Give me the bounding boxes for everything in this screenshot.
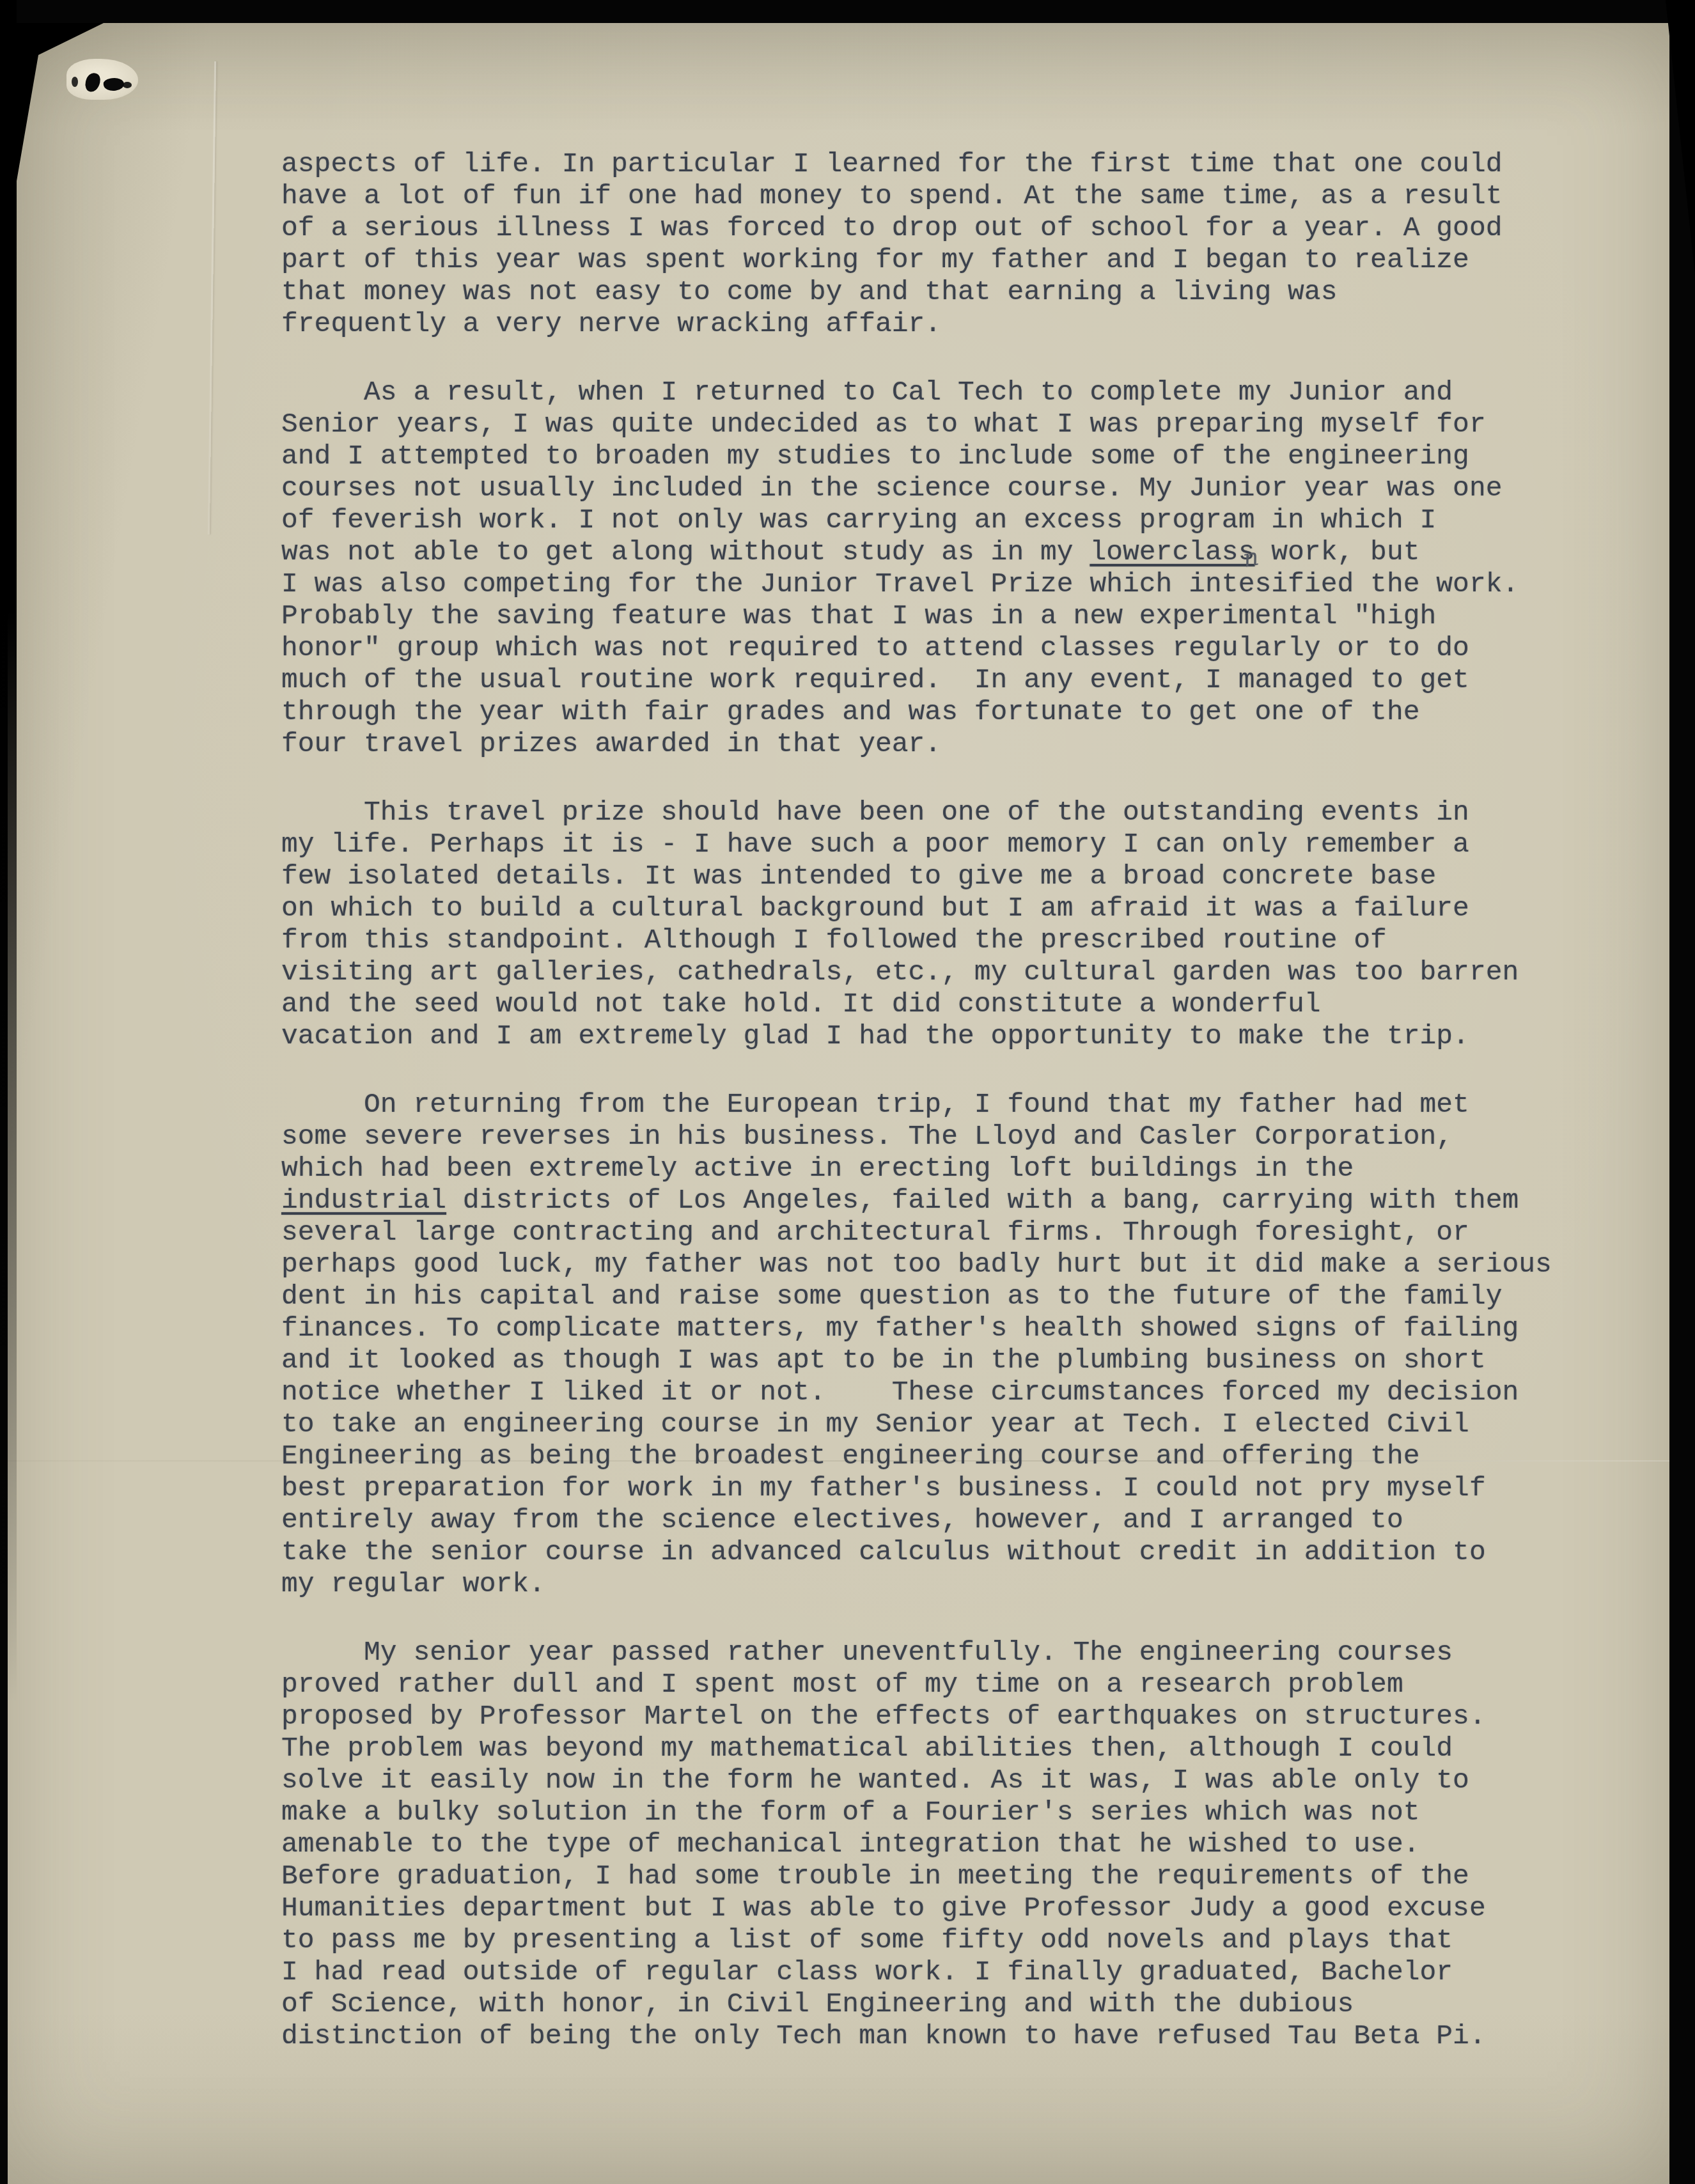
paragraph: My senior year passed rather uneventfull… bbox=[281, 1637, 1637, 2052]
typed-line: and I attempted to broaden my studies to… bbox=[281, 441, 1637, 472]
typed-line: of Science, with honor, in Civil Enginee… bbox=[281, 1988, 1637, 2020]
typed-line: vacation and I am extremely glad I had t… bbox=[281, 1020, 1637, 1052]
typed-text-segment: I was also competing for the Junior Trav… bbox=[281, 568, 1254, 600]
typed-text-segment: amenable to the type of mechanical integ… bbox=[281, 1829, 1420, 1860]
typed-line: I was also competing for the Junior Trav… bbox=[281, 568, 1637, 600]
typed-text-segment: On returning from the European trip, I f… bbox=[281, 1089, 1469, 1120]
typed-text-segment: Before graduation, I had some trouble in… bbox=[281, 1860, 1469, 1892]
typed-line: part of this year was spent working for … bbox=[281, 244, 1637, 276]
typed-text-segment: Humanities department but I was able to … bbox=[281, 1892, 1486, 1924]
staple-hole bbox=[84, 72, 102, 93]
staple-hole bbox=[123, 82, 132, 88]
typed-text-segment: perhaps good luck, my father was not too… bbox=[281, 1249, 1552, 1280]
typed-line: As a result, when I returned to Cal Tech… bbox=[281, 377, 1637, 409]
typed-text-segment: work, but bbox=[1254, 536, 1419, 568]
scan-edge-left bbox=[0, 0, 17, 2184]
typed-line: On returning from the European trip, I f… bbox=[281, 1089, 1637, 1121]
typed-text-segment: several large contracting and architectu… bbox=[281, 1217, 1469, 1248]
typed-text-segment: Engineering as being the broadest engine… bbox=[281, 1440, 1420, 1472]
staple-tear-mark bbox=[66, 59, 138, 100]
typed-text-segment: my regular work. bbox=[281, 1568, 545, 1600]
typed-line: take the senior course in advanced calcu… bbox=[281, 1536, 1637, 1568]
paragraph: On returning from the European trip, I f… bbox=[281, 1089, 1637, 1600]
typed-line: was not able to get along without study … bbox=[281, 536, 1637, 568]
typed-text-segment: to take an engineering course in my Seni… bbox=[281, 1408, 1469, 1440]
typed-line: my regular work. bbox=[281, 1568, 1637, 1600]
typed-line: amenable to the type of mechanical integ… bbox=[281, 1829, 1637, 1860]
typed-line: to take an engineering course in my Seni… bbox=[281, 1408, 1637, 1440]
typed-text-segment: and it looked as though I was apt to be … bbox=[281, 1345, 1486, 1376]
typed-line: notice whether I liked it or not. These … bbox=[281, 1377, 1637, 1408]
typed-text-segment: on which to build a cultural background … bbox=[281, 893, 1469, 924]
typed-text-segment: Senior years, I was quite undecided as t… bbox=[281, 409, 1486, 440]
typed-line: frequently a very nerve wracking affair. bbox=[281, 308, 1637, 340]
typed-text-segment: proved rather dull and I spent most of m… bbox=[281, 1669, 1403, 1700]
typed-text-segment: that money was not easy to come by and t… bbox=[281, 276, 1337, 308]
typed-line: entirely away from the science electives… bbox=[281, 1504, 1637, 1536]
typed-text-segment: districts of Los Angeles, failed with a … bbox=[446, 1185, 1519, 1216]
typed-line: I had read outside of regular class work… bbox=[281, 1956, 1637, 1988]
typed-text-segment: which had been extremely active in erect… bbox=[281, 1153, 1354, 1184]
typed-line: dent in his capital and raise some quest… bbox=[281, 1281, 1637, 1313]
typed-text-segment: visiting art galleries, cathedrals, etc.… bbox=[281, 956, 1519, 988]
typed-line: on which to build a cultural background … bbox=[281, 893, 1637, 924]
typed-text-segment: dent in his capital and raise some quest… bbox=[281, 1281, 1503, 1312]
typed-line: to pass me by presenting a list of some … bbox=[281, 1924, 1637, 1956]
typed-line: proposed by Professor Martel on the effe… bbox=[281, 1701, 1637, 1733]
typed-line: The problem was beyond my mathematical a… bbox=[281, 1733, 1637, 1765]
typed-text-segment: take the senior course in advanced calcu… bbox=[281, 1536, 1486, 1568]
typed-line: Probably the saving feature was that I w… bbox=[281, 600, 1637, 632]
typed-line: from this standpoint. Although I followe… bbox=[281, 924, 1637, 956]
typed-line: solve it easily now in the form he wante… bbox=[281, 1765, 1637, 1797]
typed-line: four travel prizes awarded in that year. bbox=[281, 728, 1637, 760]
typed-text-segment: aspects of life. In particular I learned… bbox=[281, 148, 1503, 180]
typed-line: aspects of life. In particular I learned… bbox=[281, 148, 1637, 180]
typed-line: of a serious illness I was forced to dro… bbox=[281, 212, 1637, 244]
typed-text-segment: from this standpoint. Although I followe… bbox=[281, 924, 1387, 956]
typed-text-segment: part of this year was spent working for … bbox=[281, 244, 1469, 276]
typed-line: and it looked as though I was apt to be … bbox=[281, 1345, 1637, 1377]
typed-line: courses not usually included in the scie… bbox=[281, 472, 1637, 504]
typed-text-segment: I had read outside of regular class work… bbox=[281, 1956, 1453, 1988]
typed-text: aspects of life. In particular I learned… bbox=[281, 148, 1637, 2052]
typed-line: my life. Perhaps it is - I have such a p… bbox=[281, 829, 1637, 861]
typed-text-segment: This travel prize should have been one o… bbox=[281, 797, 1469, 828]
typed-line: perhaps good luck, my father was not too… bbox=[281, 1249, 1637, 1281]
typed-line: have a lot of fun if one had money to sp… bbox=[281, 180, 1637, 212]
staple-hole bbox=[103, 77, 125, 92]
typed-line: through the year with fair grades and wa… bbox=[281, 696, 1637, 728]
typed-line: of feverish work. I not only was carryin… bbox=[281, 504, 1637, 536]
typed-text-segment: of a serious illness I was forced to dro… bbox=[281, 212, 1503, 244]
paragraph: As a result, when I returned to Cal Tech… bbox=[281, 377, 1637, 760]
typed-text-segment: As a result, when I returned to Cal Tech… bbox=[281, 377, 1453, 408]
typed-line: much of the usual routine work required.… bbox=[281, 664, 1637, 696]
typed-text-segment: entirely away from the science electives… bbox=[281, 1504, 1403, 1536]
typed-line: distinction of being the only Tech man k… bbox=[281, 2020, 1637, 2052]
typed-text-segment: My senior year passed rather uneventfull… bbox=[281, 1637, 1453, 1668]
staple-hole bbox=[72, 77, 78, 87]
typed-text-segment: and I attempted to broaden my studies to… bbox=[281, 441, 1469, 472]
typed-text-segment: four travel prizes awarded in that year. bbox=[281, 728, 941, 760]
typed-text-segment: to pass me by presenting a list of some … bbox=[281, 1924, 1453, 1956]
typed-text-segment: few isolated details. It was intended to… bbox=[281, 861, 1436, 892]
typed-text-segment: much of the usual routine work required.… bbox=[281, 664, 1469, 696]
typed-text-segment: proposed by Professor Martel on the effe… bbox=[281, 1701, 1486, 1732]
paragraph: This travel prize should have been one o… bbox=[281, 797, 1637, 1052]
typed-text-segment: frequently a very nerve wracking affair. bbox=[281, 308, 941, 339]
typed-text-segment: have a lot of fun if one had money to sp… bbox=[281, 180, 1503, 212]
typed-line: make a bulky solution in the form of a F… bbox=[281, 1797, 1637, 1829]
typed-line: which had been extremely active in erect… bbox=[281, 1153, 1637, 1185]
paper-crease-vertical bbox=[208, 61, 216, 534]
typed-line: Humanities department but I was able to … bbox=[281, 1892, 1637, 1924]
typed-text-segment: notice whether I liked it or not. These … bbox=[281, 1377, 1519, 1408]
typed-text-segment: of feverish work. I not only was carryin… bbox=[281, 504, 1436, 536]
typed-text-segment: vacation and I am extremely glad I had t… bbox=[281, 1020, 1469, 1052]
typed-text-segment: The problem was beyond my mathematical a… bbox=[281, 1733, 1453, 1764]
typed-text-segment: distinction of being the only Tech man k… bbox=[281, 2020, 1486, 2052]
typed-line: several large contracting and architectu… bbox=[281, 1217, 1637, 1249]
document-page: aspects of life. In particular I learned… bbox=[8, 23, 1669, 2184]
typed-text-segment: some severe reverses in his business. Th… bbox=[281, 1121, 1453, 1152]
underlined-text: industrial bbox=[281, 1185, 446, 1216]
typed-line: best preparation for work in my father's… bbox=[281, 1472, 1637, 1504]
typed-line: This travel prize should have been one o… bbox=[281, 797, 1637, 829]
typed-text-segment: through the year with fair grades and wa… bbox=[281, 696, 1420, 728]
typed-line: finances. To complicate matters, my fath… bbox=[281, 1313, 1637, 1345]
paragraph: aspects of life. In particular I learned… bbox=[281, 148, 1637, 340]
typed-line: industrial districts of Los Angeles, fai… bbox=[281, 1185, 1637, 1217]
typed-text-segment: was not able to get along without study … bbox=[281, 536, 1090, 568]
typed-text-segment: solve it easily now in the form he wante… bbox=[281, 1765, 1469, 1796]
typed-line: visiting art galleries, cathedrals, etc.… bbox=[281, 956, 1637, 988]
typed-text-segment: finances. To complicate matters, my fath… bbox=[281, 1313, 1519, 1344]
typed-text-segment: and the seed would not take hold. It did… bbox=[281, 988, 1321, 1020]
typed-text-segment: sified the work.n bbox=[1254, 568, 1519, 600]
typed-line: few isolated details. It was intended to… bbox=[281, 861, 1637, 893]
typed-line: Senior years, I was quite undecided as t… bbox=[281, 409, 1637, 441]
typed-line: My senior year passed rather uneventfull… bbox=[281, 1637, 1637, 1669]
typed-text-segment: of Science, with honor, in Civil Enginee… bbox=[281, 1988, 1354, 2020]
typed-text-segment: courses not usually included in the scie… bbox=[281, 472, 1503, 504]
typed-line: some severe reverses in his business. Th… bbox=[281, 1121, 1637, 1153]
typed-text-segment: Probably the saving feature was that I w… bbox=[281, 600, 1436, 632]
typed-text-segment: my life. Perhaps it is - I have such a p… bbox=[281, 829, 1469, 860]
scan-edge-right bbox=[1666, 0, 1695, 275]
typed-text-segment: make a bulky solution in the form of a F… bbox=[281, 1797, 1420, 1828]
typed-text-segment: best preparation for work in my father's… bbox=[281, 1472, 1486, 1504]
underlined-text: lowerclass bbox=[1090, 536, 1254, 568]
typed-line: Before graduation, I had some trouble in… bbox=[281, 1860, 1637, 1892]
typed-line: proved rather dull and I spent most of m… bbox=[281, 1669, 1637, 1701]
typed-text-segment: honor" group which was not required to a… bbox=[281, 632, 1469, 664]
typed-line: and the seed would not take hold. It did… bbox=[281, 988, 1637, 1020]
typed-line: Engineering as being the broadest engine… bbox=[281, 1440, 1637, 1472]
typed-line: that money was not easy to come by and t… bbox=[281, 276, 1637, 308]
typed-line: honor" group which was not required to a… bbox=[281, 632, 1637, 664]
